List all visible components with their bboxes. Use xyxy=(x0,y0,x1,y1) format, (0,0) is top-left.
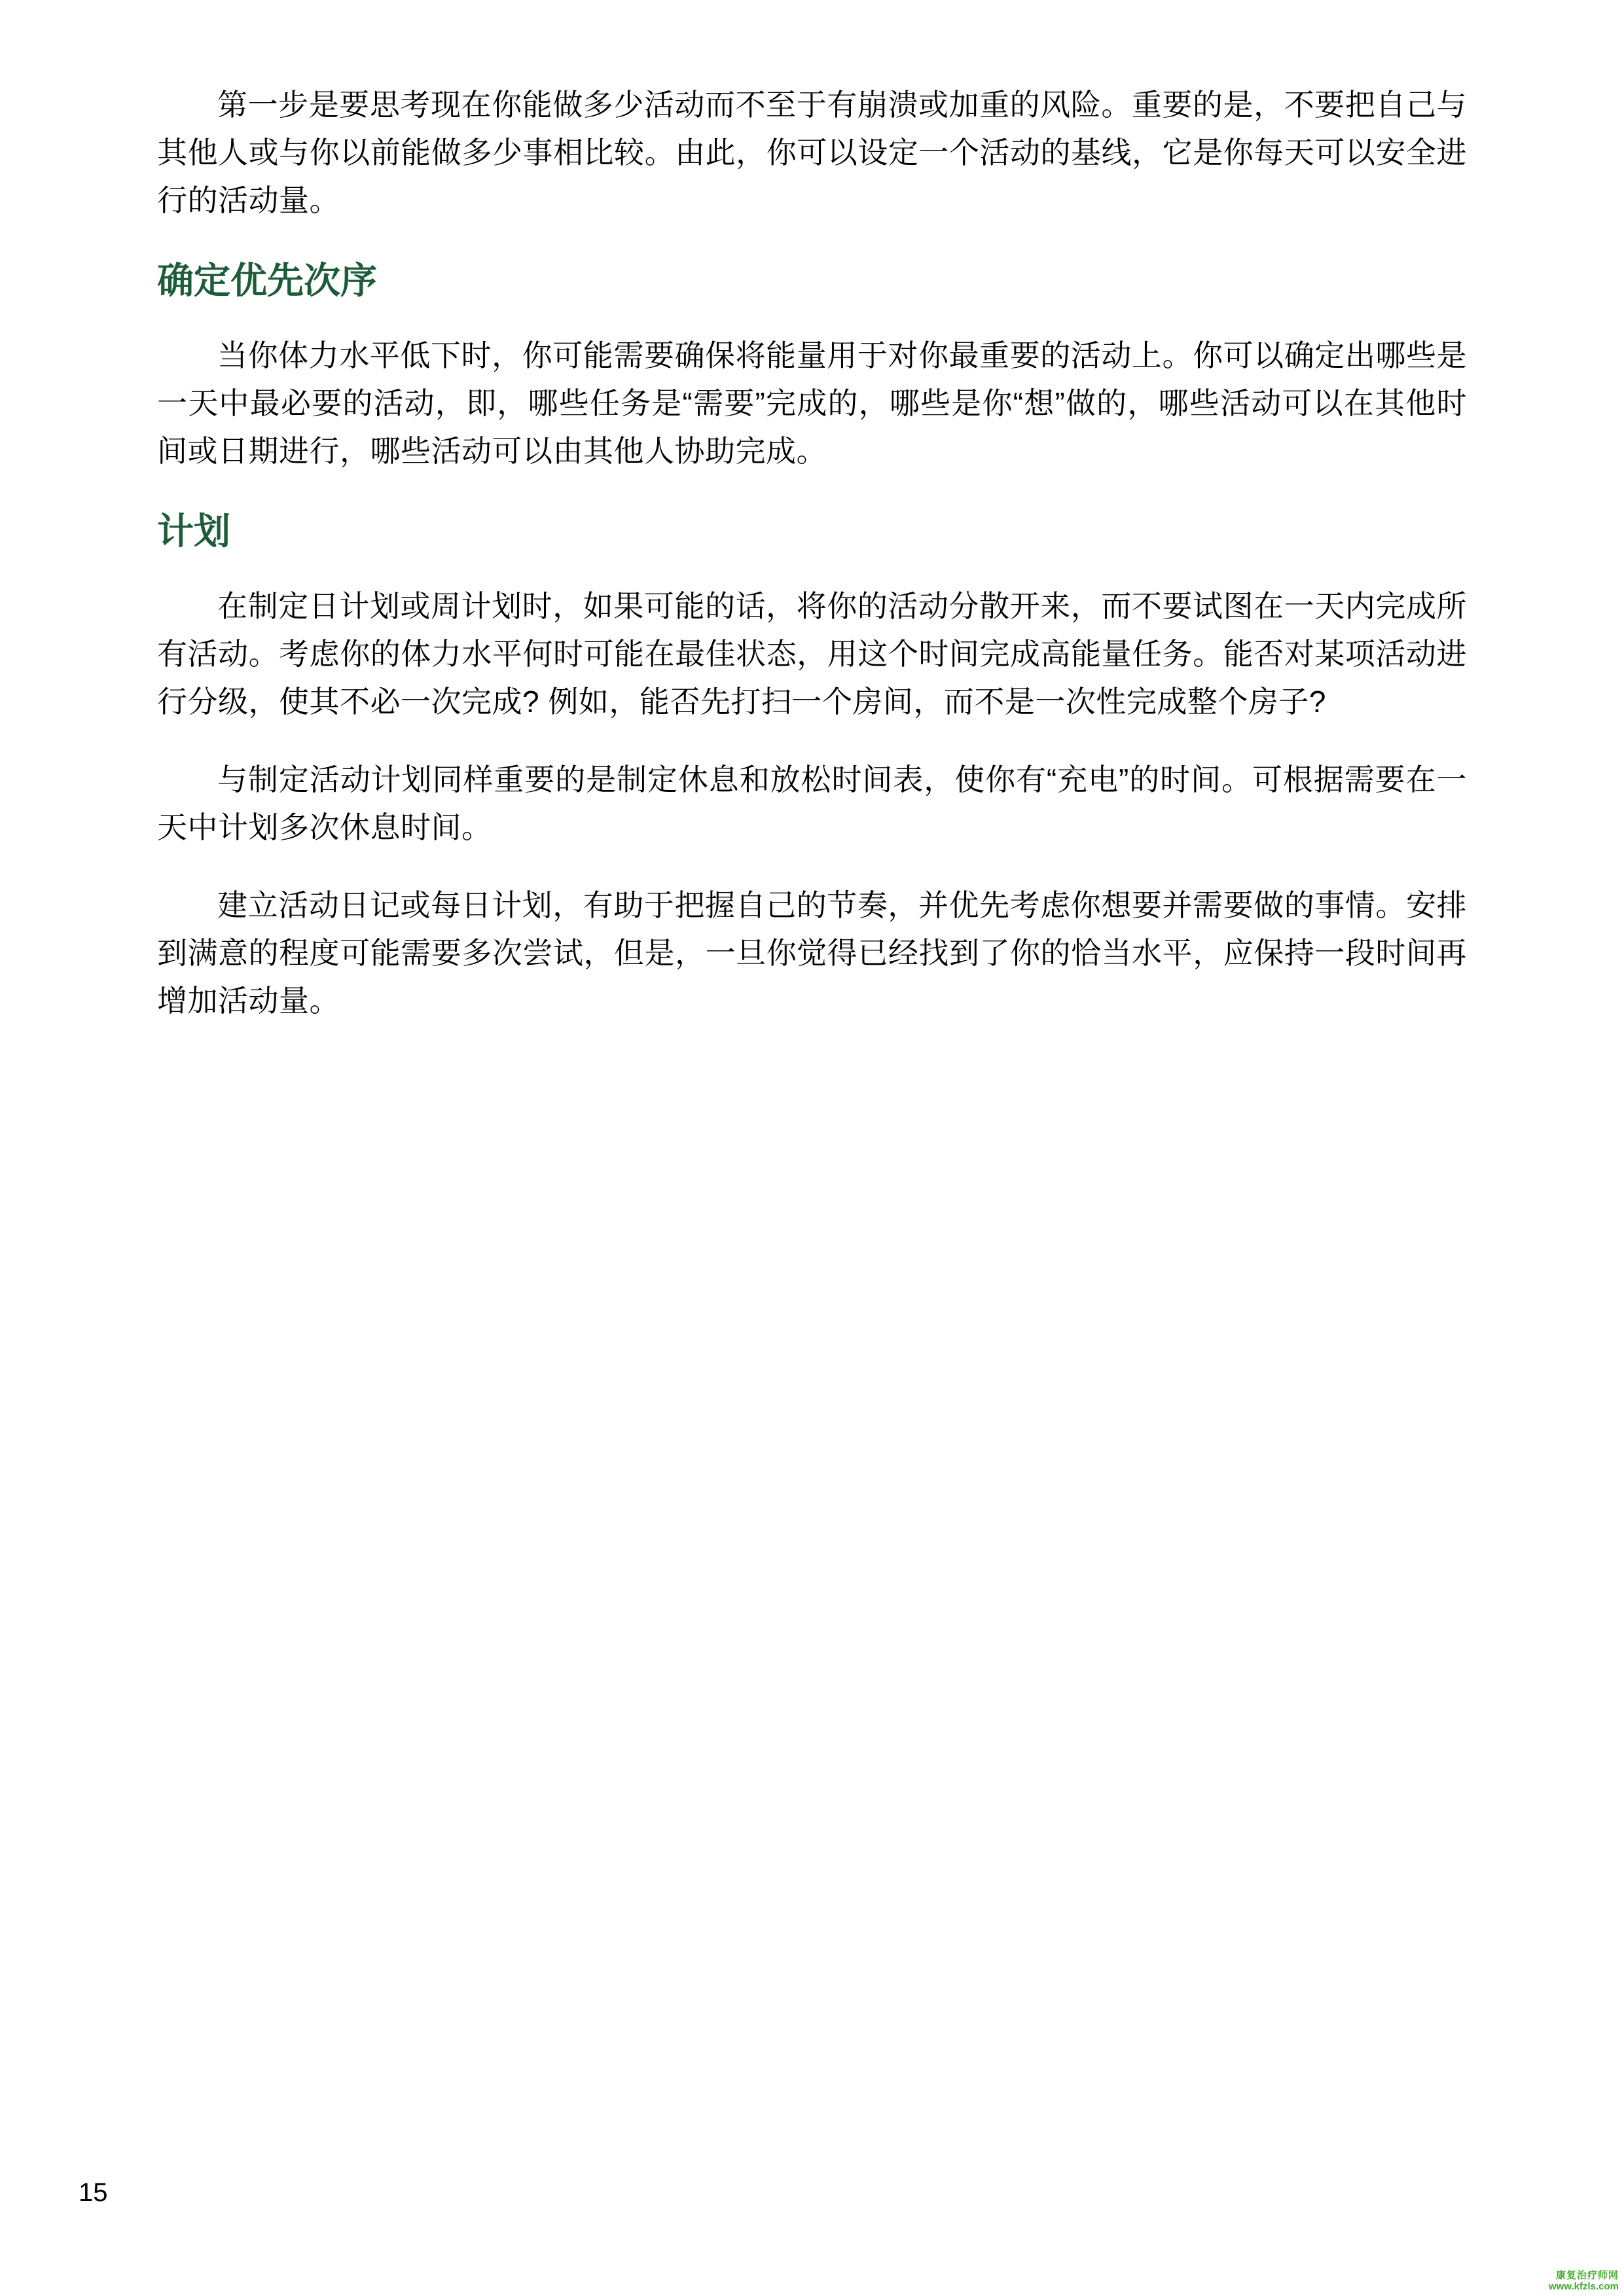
paragraph-prioritize: 当你体力水平低下时，你可能需要确保将能量用于对你最重要的活动上。你可以确定出哪些… xyxy=(157,332,1467,475)
watermark-url: www.kfzls.com xyxy=(1549,2281,1619,2292)
heading-prioritize: 确定优先次序 xyxy=(157,260,1467,302)
paragraph-planning-spread: 在制定日计划或周计划时，如果可能的话，将你的活动分散开来，而不要试图在一天内完成… xyxy=(157,583,1467,726)
paragraph-activity-diary: 建立活动日记或每日计划，有助于把握自己的节奏，并优先考虑你想要并需要做的事情。安… xyxy=(157,882,1467,1025)
watermark: 康复治疗师网 www.kfzls.com xyxy=(1549,2270,1619,2292)
watermark-site-name: 康复治疗师网 xyxy=(1549,2270,1619,2281)
heading-planning: 计划 xyxy=(157,511,1467,552)
paragraph-baseline-intro: 第一步是要思考现在你能做多少活动而不至于有崩溃或加重的风险。重要的是，不要把自己… xyxy=(157,81,1467,224)
document-page: 第一步是要思考现在你能做多少活动而不至于有崩溃或加重的风险。重要的是，不要把自己… xyxy=(0,0,1624,2296)
paragraph-rest-schedule: 与制定活动计划同样重要的是制定休息和放松时间表，使你有“充电”的时间。可根据需要… xyxy=(157,756,1467,852)
page-number: 15 xyxy=(79,2178,108,2207)
document-body: 第一步是要思考现在你能做多少活动而不至于有崩溃或加重的风险。重要的是，不要把自己… xyxy=(157,81,1467,1025)
